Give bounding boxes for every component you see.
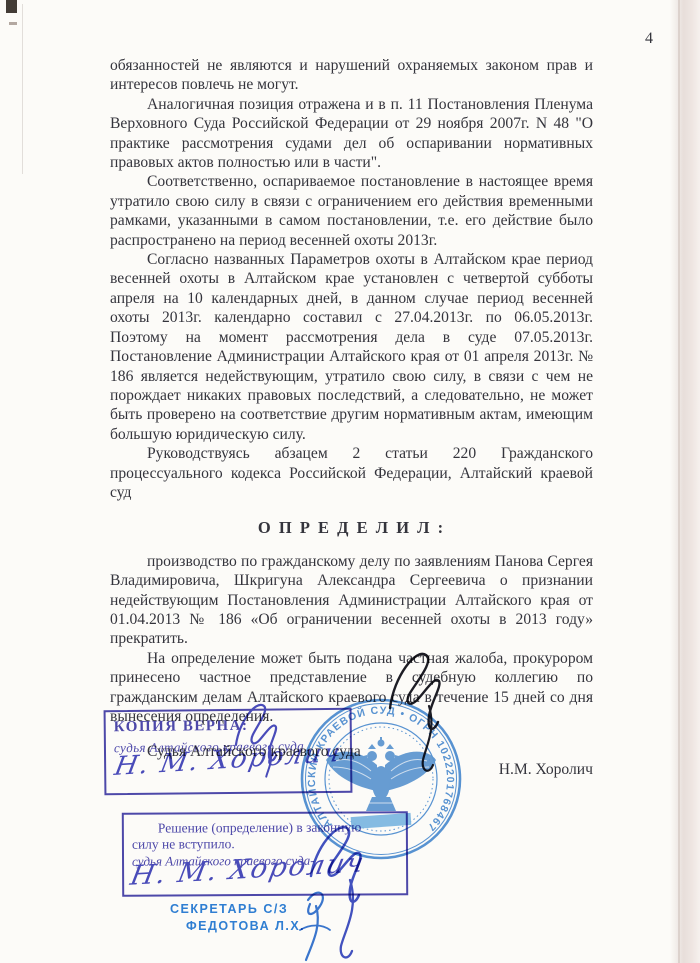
secretary-stamp: СЕКРЕТАРЬ С/З ФЕДОТОВА Л.Х. xyxy=(170,901,305,935)
paragraph: Аналогичная позиция отражена и в п. 11 П… xyxy=(110,95,593,173)
paragraph: Руководствуясь абзацем 2 статьи 220 Граж… xyxy=(110,444,593,502)
paragraph: производство по гражданскому делу по зая… xyxy=(110,552,593,649)
paragraph: Соответственно, оспариваемое постановлен… xyxy=(110,172,593,250)
paragraph: Согласно названных Параметров охоты в Ал… xyxy=(110,250,593,444)
staple-mark xyxy=(6,0,17,13)
paper-crease xyxy=(22,4,23,174)
scanned-document-page: 4 обязанностей не являются и нарушений о… xyxy=(0,0,700,963)
secretary-name: ФЕДОТОВА Л.Х. xyxy=(170,918,305,935)
ruling-heading: О П Р Е Д Е Л И Л : xyxy=(110,518,593,537)
page-number: 4 xyxy=(645,30,653,48)
document-body: обязанностей не являются и нарушений охр… xyxy=(110,56,593,762)
scan-page-edge xyxy=(670,0,700,963)
staple-shadow-mark xyxy=(9,22,17,25)
coat-of-arms-eagle-icon xyxy=(326,737,436,811)
judge-paraph-ink xyxy=(225,696,296,777)
secretary-role-label: СЕКРЕТАРЬ С/З xyxy=(170,901,305,918)
paragraph: обязанностей не являются и нарушений охр… xyxy=(110,56,593,95)
secretary-signature-ink xyxy=(288,886,344,963)
judge-name: Н.М. Хоролич xyxy=(499,760,593,779)
